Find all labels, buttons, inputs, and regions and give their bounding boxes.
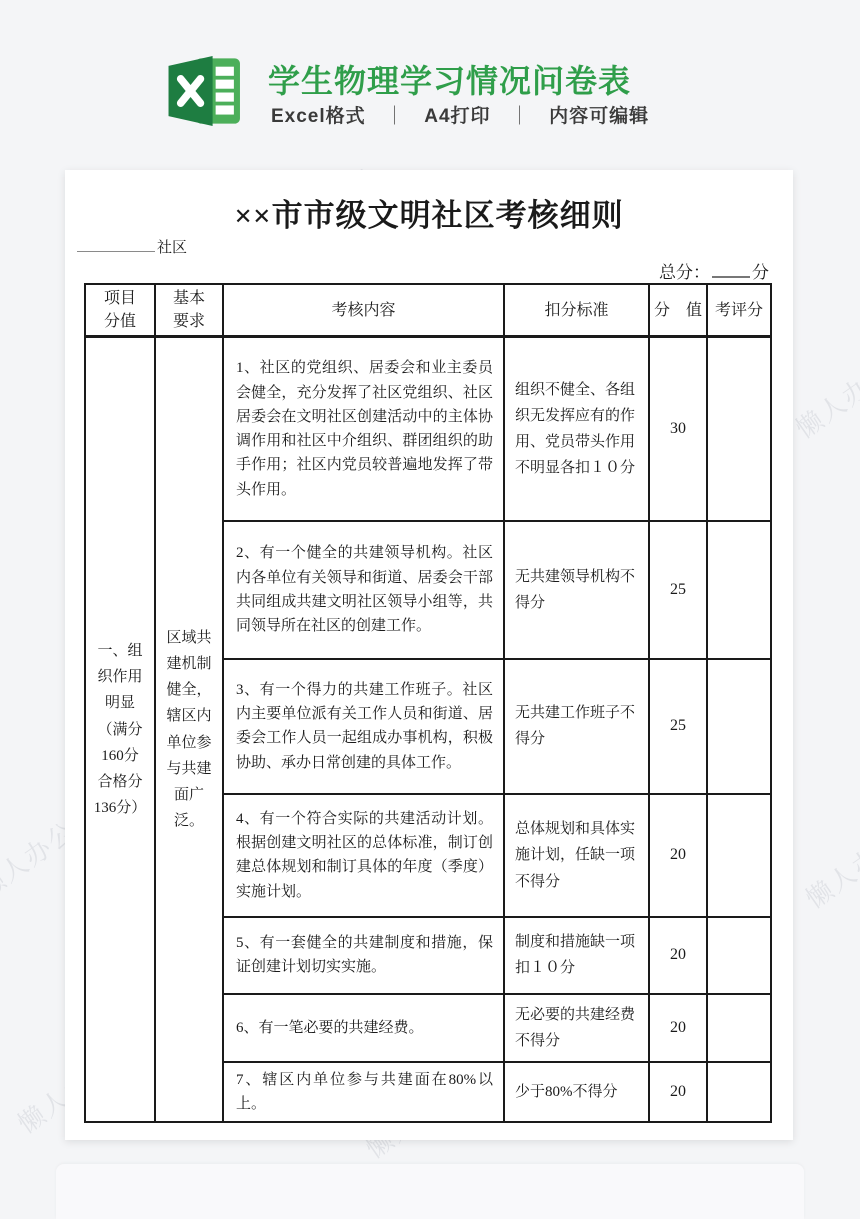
community-blank-line: 社区 xyxy=(77,236,187,257)
content-cell: 6、有一笔必要的共建经费。 xyxy=(223,994,504,1062)
score-cell: 20 xyxy=(649,1062,707,1122)
community-blank-underline xyxy=(77,238,155,252)
deduction-cell: 无共建工作班子不得分 xyxy=(504,659,649,794)
next-page-preview-edge xyxy=(56,1164,804,1219)
score-cell: 25 xyxy=(649,521,707,659)
separator: ｜ xyxy=(510,106,530,127)
score-cell: 20 xyxy=(649,917,707,994)
print-badge: A4打印 xyxy=(424,106,490,127)
table-header-row: 项目分值 基本要求 考核内容 扣分标准 分 值 考评分 xyxy=(85,284,771,337)
score-cell: 20 xyxy=(649,994,707,1062)
rating-cell xyxy=(707,917,771,994)
score-cell: 30 xyxy=(649,337,707,521)
total-score-label: 总分： xyxy=(659,263,710,282)
content-cell: 1、社区的党组织、居委会和业主委员会健全，充分发挥了社区党组织、社区居委会在文明… xyxy=(223,337,504,521)
watermark-text: 懒人办公 xyxy=(798,821,860,916)
group-requirement-cell: 区域共 建机制 健全， 辖区内 单位参 与共建 面广泛。 xyxy=(155,337,223,1122)
rating-cell xyxy=(707,337,771,521)
rating-cell xyxy=(707,521,771,659)
content-cell: 2、有一个健全的共建领导机构。社区内各单位有关领导和街道、居委会干部共同组成共建… xyxy=(223,521,504,659)
content-cell: 3、有一个得力的共建工作班子。社区内主要单位派有关工作人员和街道、居委会工作人员… xyxy=(223,659,504,794)
template-attributes: Excel格式 ｜ A4打印 ｜ 内容可编辑 xyxy=(271,101,649,128)
excel-icon xyxy=(167,54,243,128)
total-score-unit: 分 xyxy=(752,263,769,282)
editable-badge: 内容可编辑 xyxy=(549,106,649,127)
deduction-cell: 制度和措施缺一项扣１０分 xyxy=(504,917,649,994)
column-header-deduction-standard: 扣分标准 xyxy=(504,284,649,337)
column-header-basic-requirement: 基本要求 xyxy=(155,284,223,337)
rating-cell xyxy=(707,1062,771,1122)
deduction-cell: 少于80%不得分 xyxy=(504,1062,649,1122)
group-project-cell: 一、组 织作用 明显 （满分 160分 合格分 136分） xyxy=(85,337,155,1122)
deduction-cell: 组织不健全、各组织无发挥应有的作用、党员带头作用不明显各扣１０分 xyxy=(504,337,649,521)
deduction-cell: 无共建领导机构不得分 xyxy=(504,521,649,659)
score-cell: 25 xyxy=(649,659,707,794)
separator: ｜ xyxy=(385,106,405,127)
column-header-project-score: 项目分值 xyxy=(85,284,155,337)
rating-cell xyxy=(707,659,771,794)
total-score-blank-underline xyxy=(712,265,750,278)
column-header-score: 分 值 xyxy=(649,284,707,337)
format-badge: Excel格式 xyxy=(271,106,366,127)
table-row: 一、组 织作用 明显 （满分 160分 合格分 136分） 区域共 建机制 健全… xyxy=(85,337,771,521)
assessment-table: 项目分值 基本要求 考核内容 扣分标准 分 值 考评分 一、组 织作用 明显 （… xyxy=(84,283,772,1123)
rating-cell xyxy=(707,994,771,1062)
template-title: 学生物理学习情况问卷表 xyxy=(268,56,631,102)
watermark-text: 懒人办公 xyxy=(788,351,860,446)
column-header-assessment-content: 考核内容 xyxy=(223,284,504,337)
total-score-line: 总分：分 xyxy=(659,258,769,283)
content-cell: 4、有一个符合实际的共建活动计划。根据创建文明社区的总体标准，制订创建总体规划和… xyxy=(223,794,504,917)
document-page: ××市市级文明社区考核细则 社区 总分：分 项目分值 基本要求 考核内容 扣分标… xyxy=(65,170,793,1140)
content-cell: 5、有一套健全的共建制度和措施，保证创建计划切实实施。 xyxy=(223,917,504,994)
content-cell: 7、辖区内单位参与共建面在80%以上。 xyxy=(223,1062,504,1122)
score-cell: 20 xyxy=(649,794,707,917)
deduction-cell: 总体规划和具体实施计划，任缺一项不得分 xyxy=(504,794,649,917)
column-header-evaluation-score: 考评分 xyxy=(707,284,771,337)
rating-cell xyxy=(707,794,771,917)
document-title: ××市市级文明社区考核细则 xyxy=(65,190,793,235)
deduction-cell: 无必要的共建经费不得分 xyxy=(504,994,649,1062)
community-label: 社区 xyxy=(157,240,187,256)
